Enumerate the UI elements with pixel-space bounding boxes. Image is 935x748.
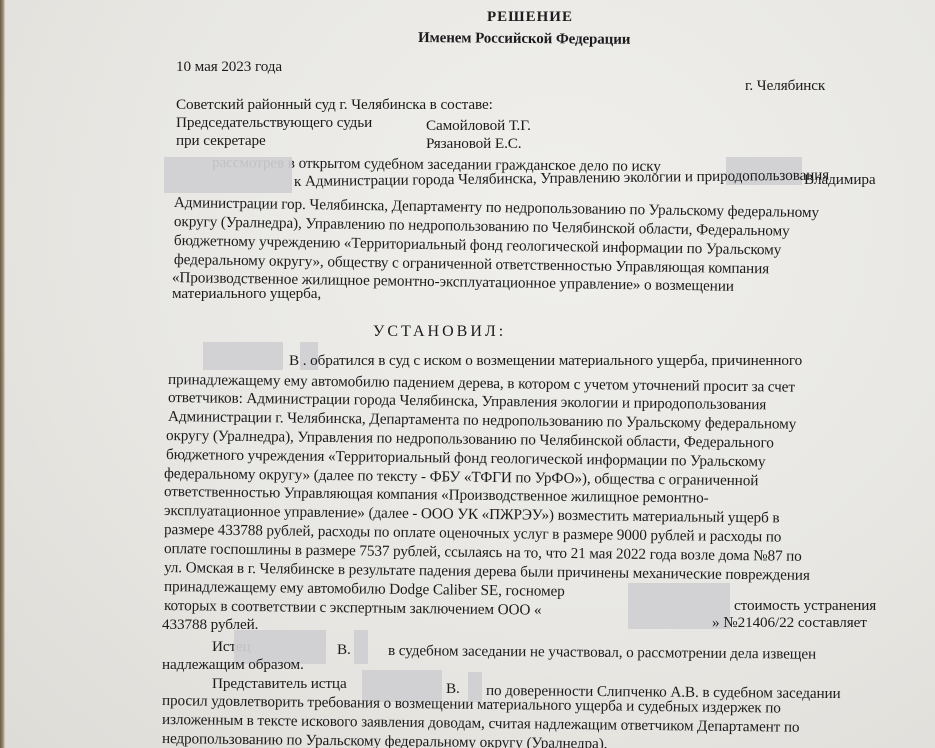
plaintiff-line: В. — [337, 641, 351, 659]
doc-date: 10 мая 2023 года — [176, 58, 282, 76]
redaction-block — [354, 630, 368, 664]
doc-title: РЕШЕНИЕ — [487, 8, 573, 26]
doc-city: г. Челябинск — [745, 77, 825, 95]
plaintiff-line: надлежащим образом. — [162, 656, 304, 674]
body-line: » №21406/22 составляет — [712, 614, 867, 632]
body-line: В . обратился в суд с иском о возмещении… — [289, 352, 802, 370]
body-line: стоимость устранения — [734, 597, 876, 615]
presiding-name: Самойловой Т.Г. — [426, 117, 531, 135]
secretary-name: Рязановой Е.С. — [426, 135, 522, 153]
presiding-label: Председательствующего судьи — [176, 114, 372, 132]
intro-line: материального ущерба, — [172, 285, 321, 303]
court-line: Советский районный суд г. Челябинска в с… — [176, 96, 493, 114]
plaintiff-line: в судебном заседании не участвовал, о ра… — [388, 642, 816, 664]
redaction-block — [203, 342, 283, 370]
redaction-block — [164, 157, 292, 193]
section-heading: УСТАНОВИЛ: — [373, 323, 506, 341]
doc-subtitle: Именем Российской Федерации — [418, 29, 631, 49]
representative-line: Представитель истца — [212, 675, 347, 693]
secretary-label: при секретаре — [176, 132, 266, 150]
